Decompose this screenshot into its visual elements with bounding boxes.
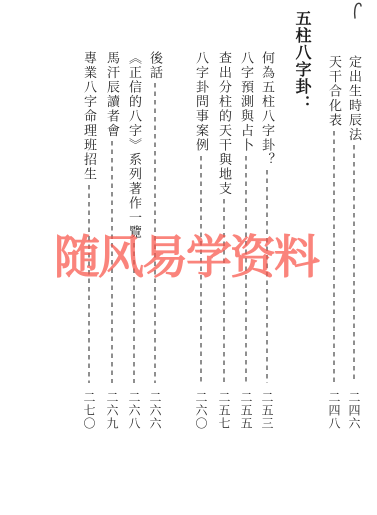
toc-entry-page: 二五三 (256, 391, 278, 430)
toc-entry-page: 二六〇 (190, 391, 212, 430)
toc-entry-page: 二四六 (343, 391, 365, 430)
toc-entry-page: 二五七 (213, 391, 235, 430)
toc-entry-title: 《正信的八字》系列著作一覽 (123, 51, 145, 240)
toc-entry-title: 專業八字命理班招生 (78, 51, 100, 182)
toc-entry-title: 八字預測與占卜 (235, 51, 257, 153)
toc-entry-title: 何為五柱八字卦？ (256, 51, 278, 167)
leader-line (223, 199, 225, 383)
toc-entry-title: 後話 (144, 51, 166, 80)
book-toc-page: 定出生時辰法 二四六 天干合化表 二四八 五柱八字卦： 何為五柱八字卦？ 二五三… (0, 0, 377, 515)
toc-entry-page: 二六八 (123, 391, 145, 430)
toc-entry: 定出生時辰法 二四六 (343, 55, 365, 430)
toc-entry-page: 二四八 (323, 391, 345, 430)
section-heading: 五柱八字卦： (289, 10, 313, 112)
toc-entry-title: 查出分柱的天干與地支 (213, 51, 235, 196)
toc-entry: 天干合化表 二四八 (323, 55, 345, 430)
toc-entry-title: 天干合化表 (323, 55, 345, 128)
toc-entry-title: 八字卦問事案例 (190, 51, 212, 153)
toc-entry-page: 二七〇 (78, 391, 100, 430)
watermark: 随风易学资料 (54, 231, 318, 283)
leader-line (353, 145, 355, 383)
toc-entry-page: 二五五 (235, 391, 257, 430)
toc-entry-title: 定出生時辰法 (343, 55, 365, 142)
leader-line (333, 131, 335, 384)
leader-line (88, 185, 90, 384)
toc-entry-page: 二六九 (101, 391, 123, 430)
toc-entry-title: 馬汗辰讀者會 (101, 51, 123, 138)
scan-artifact (351, 2, 365, 20)
toc-entry-page: 二六六 (144, 391, 166, 430)
